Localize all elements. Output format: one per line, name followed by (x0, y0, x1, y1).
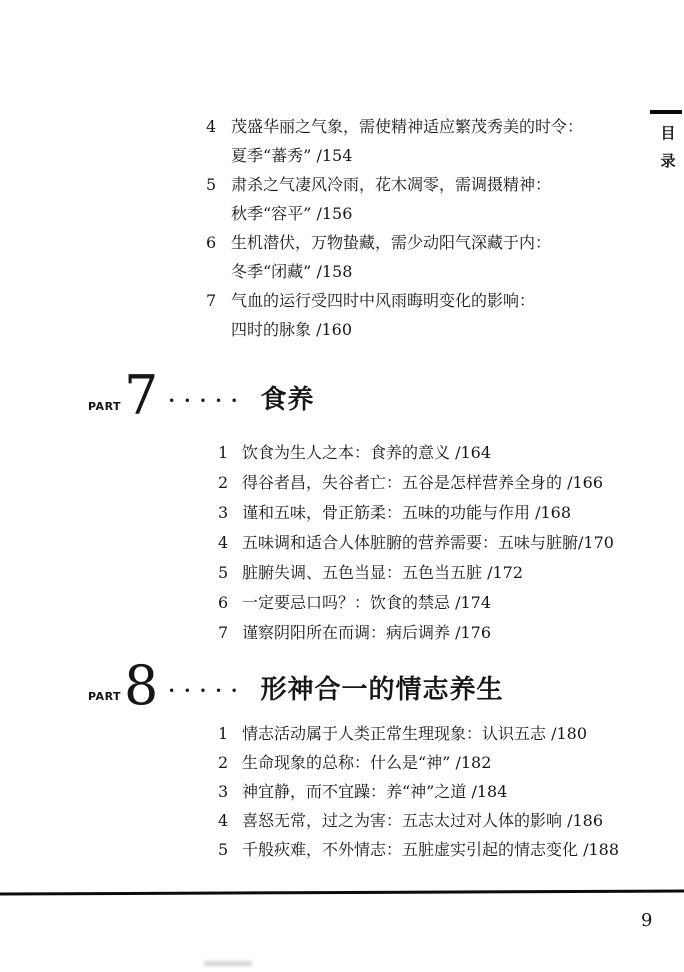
toc-entry: 5 肃杀之气凄风冷雨，花木凋零，需调摄精神： 秋季“容平” /156 (206, 170, 626, 228)
part8-label: PART (88, 690, 121, 708)
part8-title: 形神合一的情志养生 (260, 669, 503, 708)
entry-number: 4 (218, 528, 242, 558)
scan-artifact (204, 961, 252, 966)
toc-entry: 1 饮食为生人之本：食养的意义 /164 (218, 438, 658, 468)
toc-entry: 3 谨和五味，骨正筋柔：五味的功能与作用 /168 (218, 498, 658, 528)
entry-line2: 四时的脉象 /160 (231, 315, 626, 344)
toc-entry: 4 五味调和适合人体脏腑的营养需要：五味与脏腑/170 (218, 528, 658, 558)
entry-text: 脏腑失调、五色当显：五色当五脏 /172 (242, 558, 658, 588)
entry-number: 5 (206, 170, 231, 228)
entry-text: 得谷者昌，失谷者亡：五谷是怎样营养全身的 /166 (242, 468, 658, 498)
side-marker-bar (650, 110, 682, 114)
part7-label: PART (88, 400, 121, 418)
entry-line1: 生机潜伏，万物蛰藏，需少动阳气深藏于内： (231, 228, 626, 257)
entry-text: 一定要忌口吗？：饮食的禁忌 /174 (242, 588, 658, 618)
toc-entry: 6 生机潜伏，万物蛰藏，需少动阳气深藏于内： 冬季“闭藏” /158 (206, 228, 626, 286)
part8-dots-ornament: ····· (168, 680, 246, 708)
entry-line2: 秋季“容平” /156 (231, 199, 626, 228)
book-toc-page: 目 录 4 茂盛华丽之气象，需使精神适应繁茂秀美的时令： 夏季“蕃秀” /154… (0, 0, 684, 972)
entry-number: 7 (218, 618, 242, 648)
toc-entry: 1 情志活动属于人类正常生理现象：认识五志 /180 (218, 719, 658, 748)
entry-number: 5 (218, 835, 242, 864)
entry-line1: 茂盛华丽之气象，需使精神适应繁茂秀美的时令： (231, 112, 626, 141)
entry-line2: 夏季“蕃秀” /154 (231, 141, 626, 170)
toc-entry: 7 气血的运行受四时中风雨晦明变化的影响： 四时的脉象 /160 (206, 286, 626, 344)
entry-number: 4 (206, 112, 231, 170)
entry-number: 5 (218, 558, 242, 588)
toc-entry: 2 生命现象的总称：什么是“神” /182 (218, 748, 658, 777)
entry-number: 1 (218, 438, 242, 468)
entry-number: 7 (206, 286, 231, 344)
entry-number: 2 (218, 468, 242, 498)
toc-entry: 6 一定要忌口吗？：饮食的禁忌 /174 (218, 588, 658, 618)
part7-number: 7 (124, 374, 158, 418)
entry-line1: 肃杀之气凄风冷雨，花木凋零，需调摄精神： (231, 170, 626, 199)
entry-text: 喜怒无常，过之为害：五志太过对人体的影响 /186 (242, 806, 658, 835)
part7-dots-ornament: ····· (168, 390, 246, 418)
side-marker-char-mu: 目 (659, 122, 677, 143)
entry-number: 3 (218, 777, 242, 806)
toc-entry: 5 脏腑失调、五色当显：五色当五脏 /172 (218, 558, 658, 588)
entry-number: 6 (206, 228, 231, 286)
toc-continued-list: 4 茂盛华丽之气象，需使精神适应繁茂秀美的时令： 夏季“蕃秀” /154 5 肃… (206, 112, 626, 344)
page-number: 9 (641, 910, 652, 931)
part7-item-list: 1 饮食为生人之本：食养的意义 /164 2 得谷者昌，失谷者亡：五谷是怎样营养… (218, 438, 658, 648)
part8-number: 8 (124, 664, 158, 708)
entry-text: 饮食为生人之本：食养的意义 /164 (242, 438, 658, 468)
part8-heading: PART 8 ····· 形神合一的情志养生 (88, 664, 504, 708)
toc-entry: 4 喜怒无常，过之为害：五志太过对人体的影响 /186 (218, 806, 658, 835)
entry-text: 生命现象的总称：什么是“神” /182 (242, 748, 658, 777)
entry-text: 神宜静，而不宜躁：养“神”之道 /184 (242, 777, 658, 806)
part7-heading: PART 7 ····· 食养 (88, 374, 315, 418)
entry-text: 谨和五味，骨正筋柔：五味的功能与作用 /168 (242, 498, 658, 528)
toc-entry: 4 茂盛华丽之气象，需使精神适应繁茂秀美的时令： 夏季“蕃秀” /154 (206, 112, 626, 170)
entry-text: 五味调和适合人体脏腑的营养需要：五味与脏腑/170 (242, 528, 658, 558)
toc-entry: 3 神宜静，而不宜躁：养“神”之道 /184 (218, 777, 658, 806)
entry-line2: 冬季“闭藏” /158 (231, 257, 626, 286)
entry-number: 3 (218, 498, 242, 528)
entry-number: 6 (218, 588, 242, 618)
side-marker-char-lu: 录 (659, 150, 677, 171)
toc-entry: 2 得谷者昌，失谷者亡：五谷是怎样营养全身的 /166 (218, 468, 658, 498)
part8-item-list: 1 情志活动属于人类正常生理现象：认识五志 /180 2 生命现象的总称：什么是… (218, 719, 658, 864)
entry-line1: 气血的运行受四时中风雨晦明变化的影响： (231, 286, 626, 315)
entry-text: 千般疢难，不外情志：五脏虚实引起的情志变化 /188 (242, 835, 658, 864)
entry-number: 1 (218, 719, 242, 748)
entry-text: 谨察阴阳所在而调：病后调养 /176 (242, 618, 658, 648)
footer-rule (0, 889, 684, 895)
entry-number: 2 (218, 748, 242, 777)
part7-title: 食养 (260, 379, 314, 418)
toc-entry: 5 千般疢难，不外情志：五脏虚实引起的情志变化 /188 (218, 835, 658, 864)
entry-number: 4 (218, 806, 242, 835)
entry-text: 情志活动属于人类正常生理现象：认识五志 /180 (242, 719, 658, 748)
toc-entry: 7 谨察阴阳所在而调：病后调养 /176 (218, 618, 658, 648)
